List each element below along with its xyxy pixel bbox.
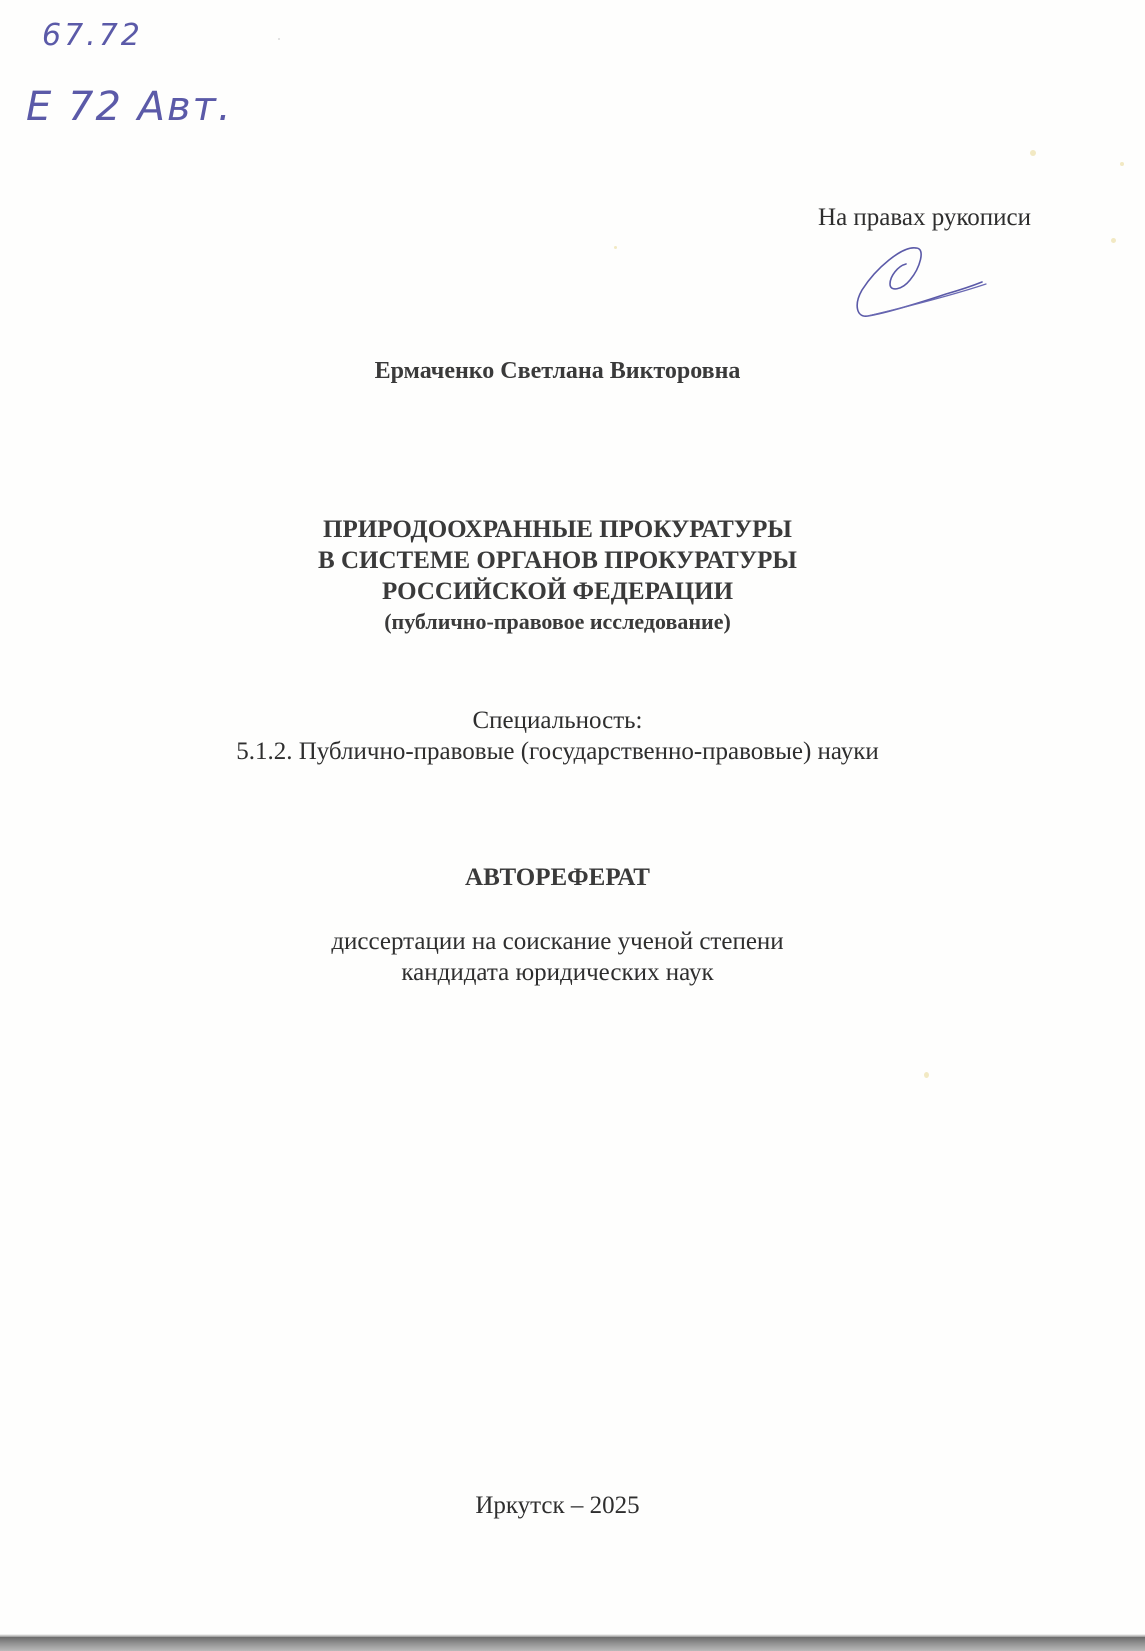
scan-speck	[278, 38, 280, 40]
document-type-description: диссертации на соискание ученой степени …	[0, 926, 1115, 988]
handwritten-code-line2: Е 72 Авт.	[26, 84, 233, 130]
place-year: Иркутск – 2025	[0, 1490, 1115, 1521]
specialty-block: Специальность: 5.1.2. Публично-правовые …	[0, 705, 1115, 767]
author-name: Ермаченко Светлана Викторовна	[0, 356, 1115, 386]
description-line-1: диссертации на соискание ученой степени	[0, 926, 1115, 957]
document-type-heading: АВТОРЕФЕРАТ	[0, 863, 1115, 893]
title-line-2: В СИСТЕМЕ ОРГАНОВ ПРОКУРАТУРЫ	[0, 545, 1115, 576]
rights-note: На правах рукописи	[818, 202, 1031, 233]
title-subtitle: (публично-правовое исследование)	[0, 607, 1115, 637]
title-line-3: РОССИЙСКОЙ ФЕДЕРАЦИИ	[0, 576, 1115, 607]
scan-speck	[1030, 150, 1036, 156]
handwritten-code-line1: 67.72	[42, 18, 143, 53]
title-line-1: ПРИРОДООХРАННЫЕ ПРОКУРАТУРЫ	[0, 514, 1115, 545]
scan-speck	[1120, 162, 1124, 166]
signature-icon	[850, 240, 990, 325]
scanner-edge-band	[0, 1637, 1145, 1651]
dissertation-title: ПРИРОДООХРАННЫЕ ПРОКУРАТУРЫ В СИСТЕМЕ ОР…	[0, 514, 1115, 637]
scan-speck	[614, 246, 617, 249]
document-page: 67.72 Е 72 Авт. На правах рукописи Ермач…	[0, 0, 1145, 1651]
specialty-label: Специальность:	[0, 705, 1115, 736]
scan-speck	[924, 1072, 929, 1078]
scan-speck	[1111, 238, 1116, 243]
specialty-value: 5.1.2. Публично-правовые (государственно…	[0, 736, 1115, 767]
description-line-2: кандидата юридических наук	[0, 957, 1115, 988]
